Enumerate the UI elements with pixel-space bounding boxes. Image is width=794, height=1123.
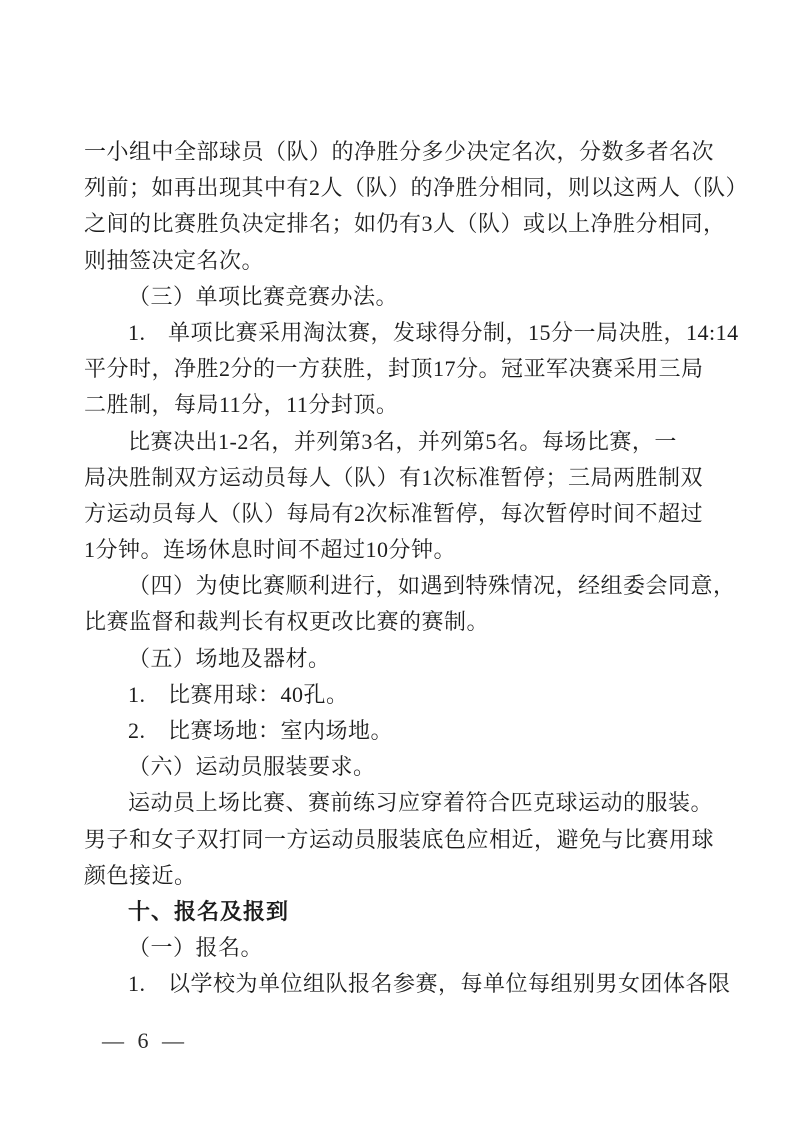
text-line: 男子和女子双打同一方运动员服装底色应相近，避免与比赛用球 bbox=[84, 822, 724, 858]
text-line: 运动员上场比赛、赛前练习应穿着符合匹克球运动的服装。 bbox=[84, 785, 724, 821]
text-line: 平分时，净胜2分的一方获胜，封顶17分。冠亚军决赛采用三局 bbox=[84, 351, 724, 387]
text-line: 颜色接近。 bbox=[84, 858, 724, 894]
text-line: 二胜制，每局11分，11分封顶。 bbox=[84, 387, 724, 423]
text-line: 比赛监督和裁判长有权更改比赛的赛制。 bbox=[84, 604, 724, 640]
text-line: 则抽签决定名次。 bbox=[84, 243, 724, 279]
text-line: 比赛决出1-2名，并列第3名，并列第5名。每场比赛，一 bbox=[84, 424, 724, 460]
text-line: （三）单项比赛竞赛办法。 bbox=[84, 279, 724, 315]
document-page: 一小组中全部球员（队）的净胜分多少决定名次，分数多者名次列前；如再出现其中有2人… bbox=[0, 0, 794, 1123]
section-heading: 十、报名及报到 bbox=[84, 894, 724, 930]
text-line: 1. 单项比赛采用淘汰赛，发球得分制，15分一局决胜，14:14 bbox=[84, 315, 724, 351]
text-line: 局决胜制双方运动员每人（队）有1次标准暂停；三局两胜制双 bbox=[84, 460, 724, 496]
text-line: （四）为使比赛顺利进行，如遇到特殊情况，经组委会同意， bbox=[84, 568, 724, 604]
text-line: 1分钟。连场休息时间不超过10分钟。 bbox=[84, 532, 724, 568]
text-line: 一小组中全部球员（队）的净胜分多少决定名次，分数多者名次 bbox=[84, 134, 724, 170]
text-line: （一）报名。 bbox=[84, 930, 724, 966]
text-line: 1. 以学校为单位组队报名参赛，每单位每组别男女团体各限 bbox=[84, 966, 724, 1002]
page-number: — 6 — bbox=[102, 1028, 188, 1054]
document-body: 一小组中全部球员（队）的净胜分多少决定名次，分数多者名次列前；如再出现其中有2人… bbox=[84, 134, 724, 1003]
text-line: （六）运动员服装要求。 bbox=[84, 749, 724, 785]
text-line: 2. 比赛场地：室内场地。 bbox=[84, 713, 724, 749]
text-line: 列前；如再出现其中有2人（队）的净胜分相同，则以这两人（队） bbox=[84, 170, 724, 206]
text-line: 1. 比赛用球：40孔。 bbox=[84, 677, 724, 713]
text-line: （五）场地及器材。 bbox=[84, 641, 724, 677]
text-line: 方运动员每人（队）每局有2次标准暂停，每次暂停时间不超过 bbox=[84, 496, 724, 532]
text-line: 之间的比赛胜负决定排名；如仍有3人（队）或以上净胜分相同， bbox=[84, 206, 724, 242]
